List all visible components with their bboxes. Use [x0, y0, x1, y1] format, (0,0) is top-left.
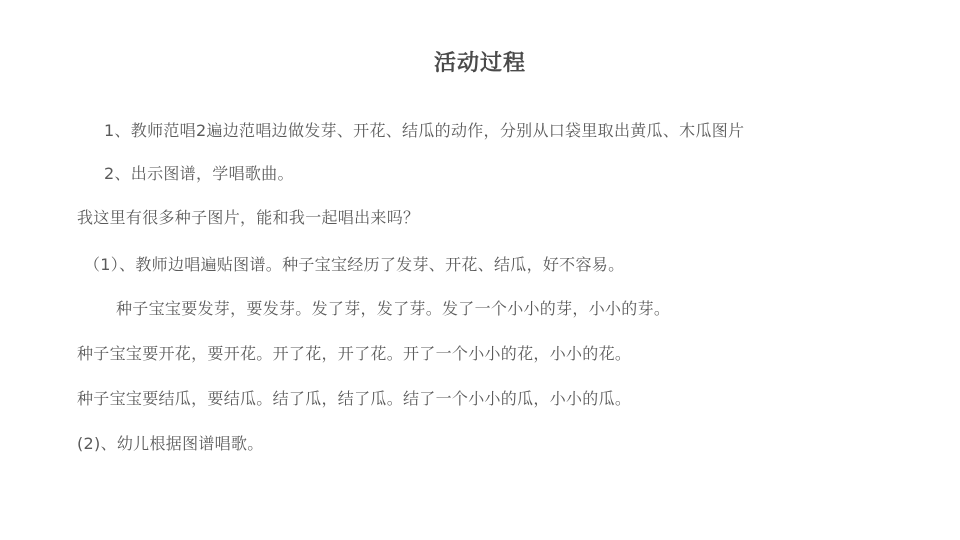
step-2-text: 2、出示图谱，学唱歌曲。 [104, 164, 294, 184]
lyric-melon: 种子宝宝要结瓜，要结瓜。结了瓜，结了瓜。结了一个小小的瓜，小小的瓜。 [77, 389, 631, 409]
question-text: 我这里有很多种子图片，能和我一起唱出来吗？ [77, 208, 419, 228]
step-1-text: 1、教师范唱2遍边范唱边做发芽、开花、结瓜的动作，分别从口袋里取出黄瓜、木瓜图片 [104, 121, 744, 141]
lyric-sprout: 种子宝宝要发芽，要发芽。发了芽，发了芽。发了一个小小的芽，小小的芽。 [116, 299, 670, 319]
slide-title: 活动过程 [0, 46, 960, 77]
substep-2-text: (2)、幼儿根据图谱唱歌。 [77, 434, 264, 454]
substep-1-text: （1）、教师边唱遍贴图谱。种子宝宝经历了发芽、开花、结瓜，好不容易。 [84, 255, 624, 275]
lyric-flower: 种子宝宝要开花，要开花。开了花，开了花。开了一个小小的花，小小的花。 [77, 344, 631, 364]
